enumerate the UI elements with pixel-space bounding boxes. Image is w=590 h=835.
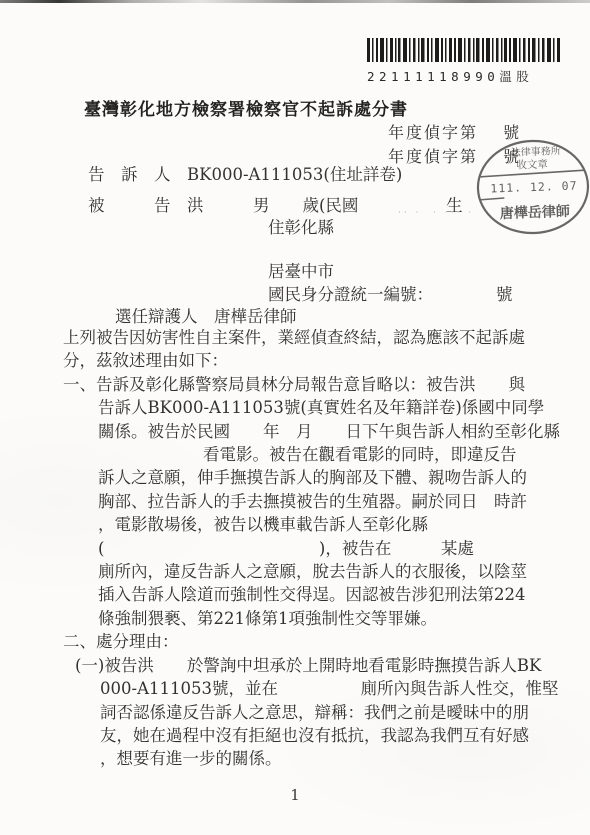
stamp-name-text: 唐樺岳律師 <box>500 203 571 222</box>
barcode-block: 22111118990溫股 <box>367 38 563 85</box>
body-line: 廁所內，違反告訴人之意願，脫去告訴人的衣服後，以陰莖 <box>98 560 578 583</box>
body-line: ( )，被告在 某處 <box>98 537 578 560</box>
residence-county-line: 住彰化縣 <box>268 214 334 238</box>
body-line: 胸部、拉告訴人的手去撫摸被告的生殖器。嗣於同日 時許 <box>98 490 578 513</box>
body-line: ，電影散場後，被告以機車載告訴人至彰化縣 <box>98 513 578 536</box>
stamp-firm-text: 法律事務所 <box>511 144 561 159</box>
document-title: 臺灣彰化地方檢察署檢察官不起訴處分書 <box>84 95 408 120</box>
body-line: 看電影。被告在觀看電影的同時，即違反告 <box>203 443 578 466</box>
stamp-label-text: 收文章 <box>516 157 548 171</box>
defender-line: 選任辯護人 唐樺岳律師 <box>115 303 297 327</box>
document-body: 上列被告因妨害性自主案件，業經偵查終結，認為應該不起訴處 分，茲敘述理由如下： … <box>63 326 578 771</box>
body-line: 關係。被告於民國 年 月 日下午與告訴人相約至彰化縣 <box>98 420 578 443</box>
scan-edge-artifact <box>0 0 590 3</box>
redaction-dots-artifact: ·· · · ··· · <box>398 208 474 218</box>
body-line: 上列被告因妨害性自主案件，業經偵查終結，認為應該不起訴處 <box>63 326 578 349</box>
body-line: 二、處分理由： <box>63 630 578 653</box>
page-number: 1 <box>0 786 590 804</box>
complainant-line: 告 訴 人 BK000-A111053(住址詳卷) <box>88 161 402 185</box>
body-line: 插入告訴人陰道而強制性交得逞。因認被告涉犯刑法第224 <box>98 583 578 606</box>
body-line: 訴人之意願，伸手撫摸告訴人的胸部及下體、親吻告訴人的 <box>98 466 578 489</box>
barcode-icon <box>367 38 563 62</box>
stamp-date-text: 111. 12. 07 <box>490 178 578 195</box>
residence-city-line: 居臺中市 <box>268 258 334 282</box>
id-number-line: 國民身分證統一編號： 號 <box>268 281 513 305</box>
body-line: 分，茲敘述理由如下： <box>63 349 578 372</box>
law-firm-receipt-stamp: 法律事務所 收文章 111. 12. 07 唐樺岳律師 <box>472 136 590 240</box>
body-line: 告訴人BK000-A111053號(真實姓名及年籍詳卷)係國中同學 <box>98 396 578 419</box>
stamp-circle-icon: 法律事務所 收文章 111. 12. 07 唐樺岳律師 <box>472 136 590 240</box>
barcode-number: 22111118990溫股 <box>367 67 563 85</box>
body-line: (一)被告洪 於警詢中坦承於上開時地看電影時撫摸告訴人BK <box>75 654 578 677</box>
scanned-document-page: 22111118990溫股 臺灣彰化地方檢察署檢察官不起訴處分書 年度偵字第 號… <box>0 0 590 835</box>
body-line: ，想要有進一步的關係。 <box>100 747 578 770</box>
body-line: 000-A111053號，並在 廁所內與告訴人性交，惟堅 <box>100 677 578 700</box>
body-line: 一、告訴及彰化縣警察局員林分局報告意旨略以：被告洪 與 <box>63 373 578 396</box>
body-line: 條強制猥褻、第221條第1項強制性交等罪嫌。 <box>98 607 578 630</box>
body-line: 詞否認係違反告訴人之意思，辯稱：我們之前是曖昧中的朋 <box>100 701 578 724</box>
body-line: 友，她在過程中沒有拒絕也沒有抵抗，我認為我們互有好感 <box>100 724 578 747</box>
